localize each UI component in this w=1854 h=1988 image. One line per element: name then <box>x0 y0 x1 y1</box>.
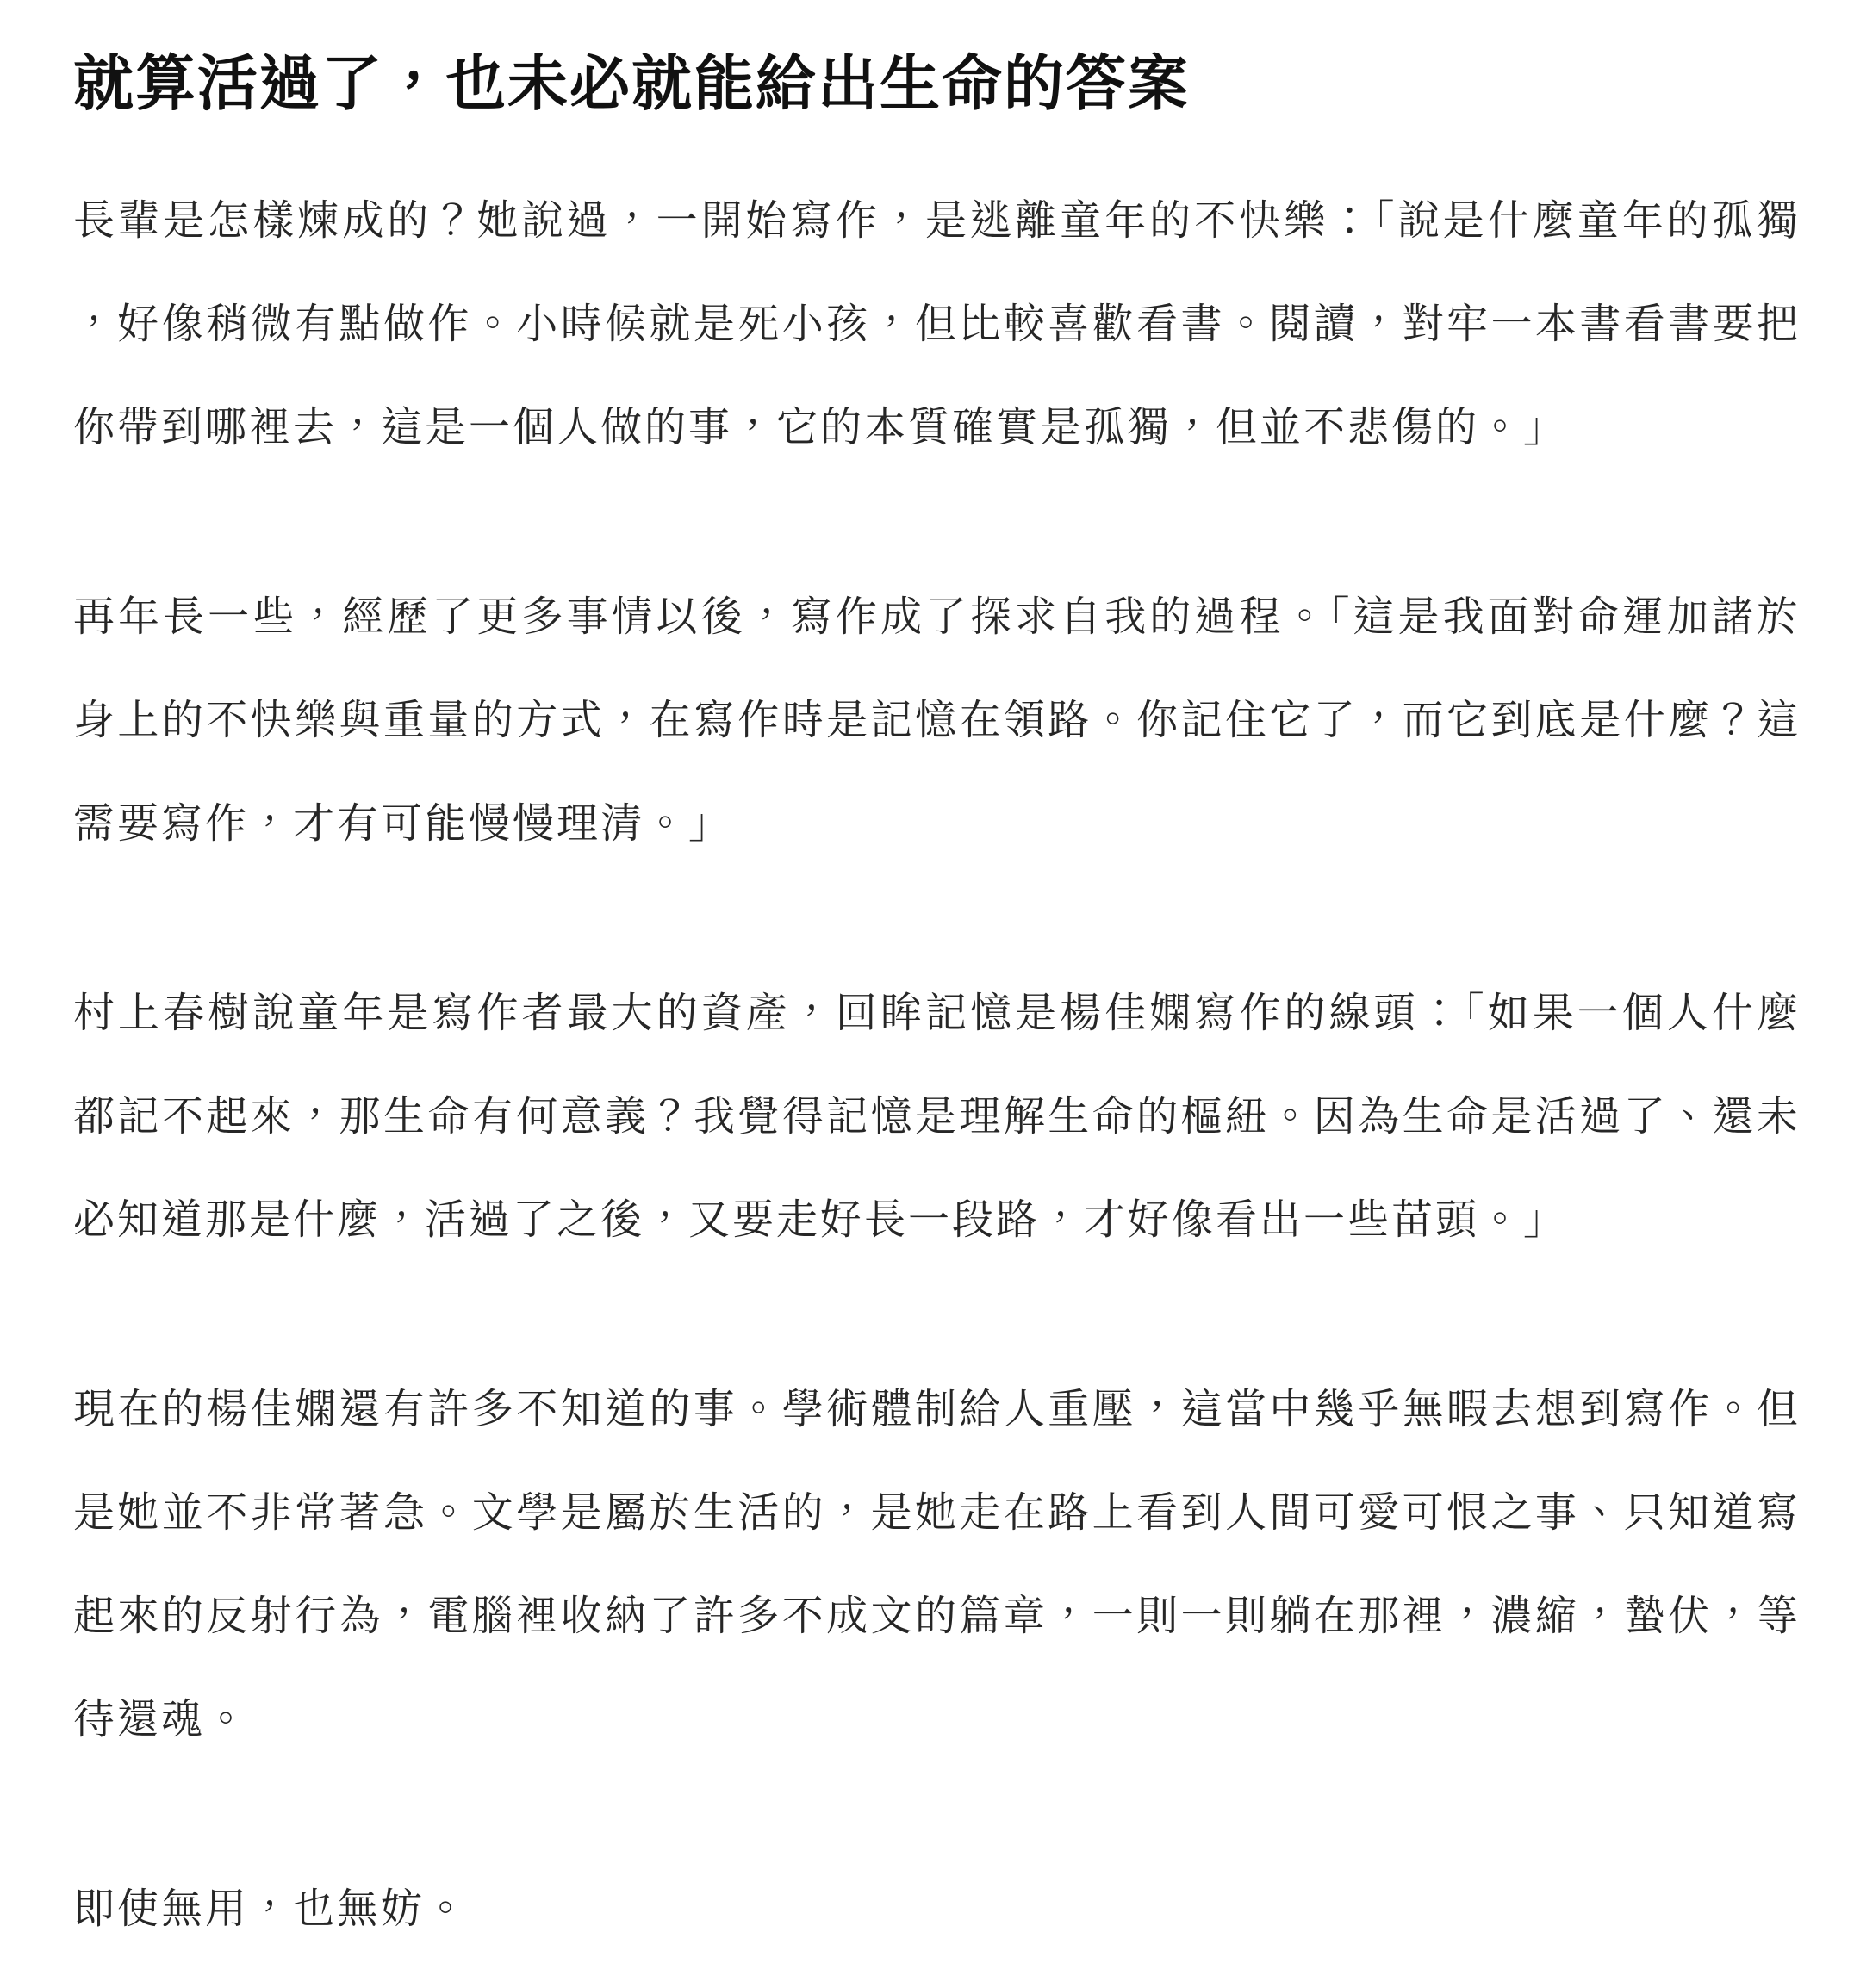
article-title: 就算活過了，也未必就能給出生命的答案 <box>73 47 1801 120</box>
article-paragraph-1: 長輩是怎樣煉成的？她說過，一開始寫作，是逃離童年的不快樂：「說是什麼童年的孤獨，… <box>73 170 1801 480</box>
article-paragraph-3: 村上春樹說童年是寫作者最大的資產，回眸記憶是楊佳嫻寫作的線頭：「如果一個人什麼都… <box>73 962 1801 1272</box>
article-paragraph-2: 再年長一些，經歷了更多事情以後，寫作成了探求自我的過程。「這是我面對命運加諸於身… <box>73 566 1801 876</box>
article-paragraph-4: 現在的楊佳嫻還有許多不知道的事。學術體制給人重壓，這當中幾乎無暇去想到寫作。但是… <box>73 1358 1801 1772</box>
article-paragraph-5: 即使無用，也無妨。 <box>73 1858 1801 1961</box>
article: 就算活過了，也未必就能給出生命的答案 長輩是怎樣煉成的？她說過，一開始寫作，是逃… <box>0 0 1854 1961</box>
